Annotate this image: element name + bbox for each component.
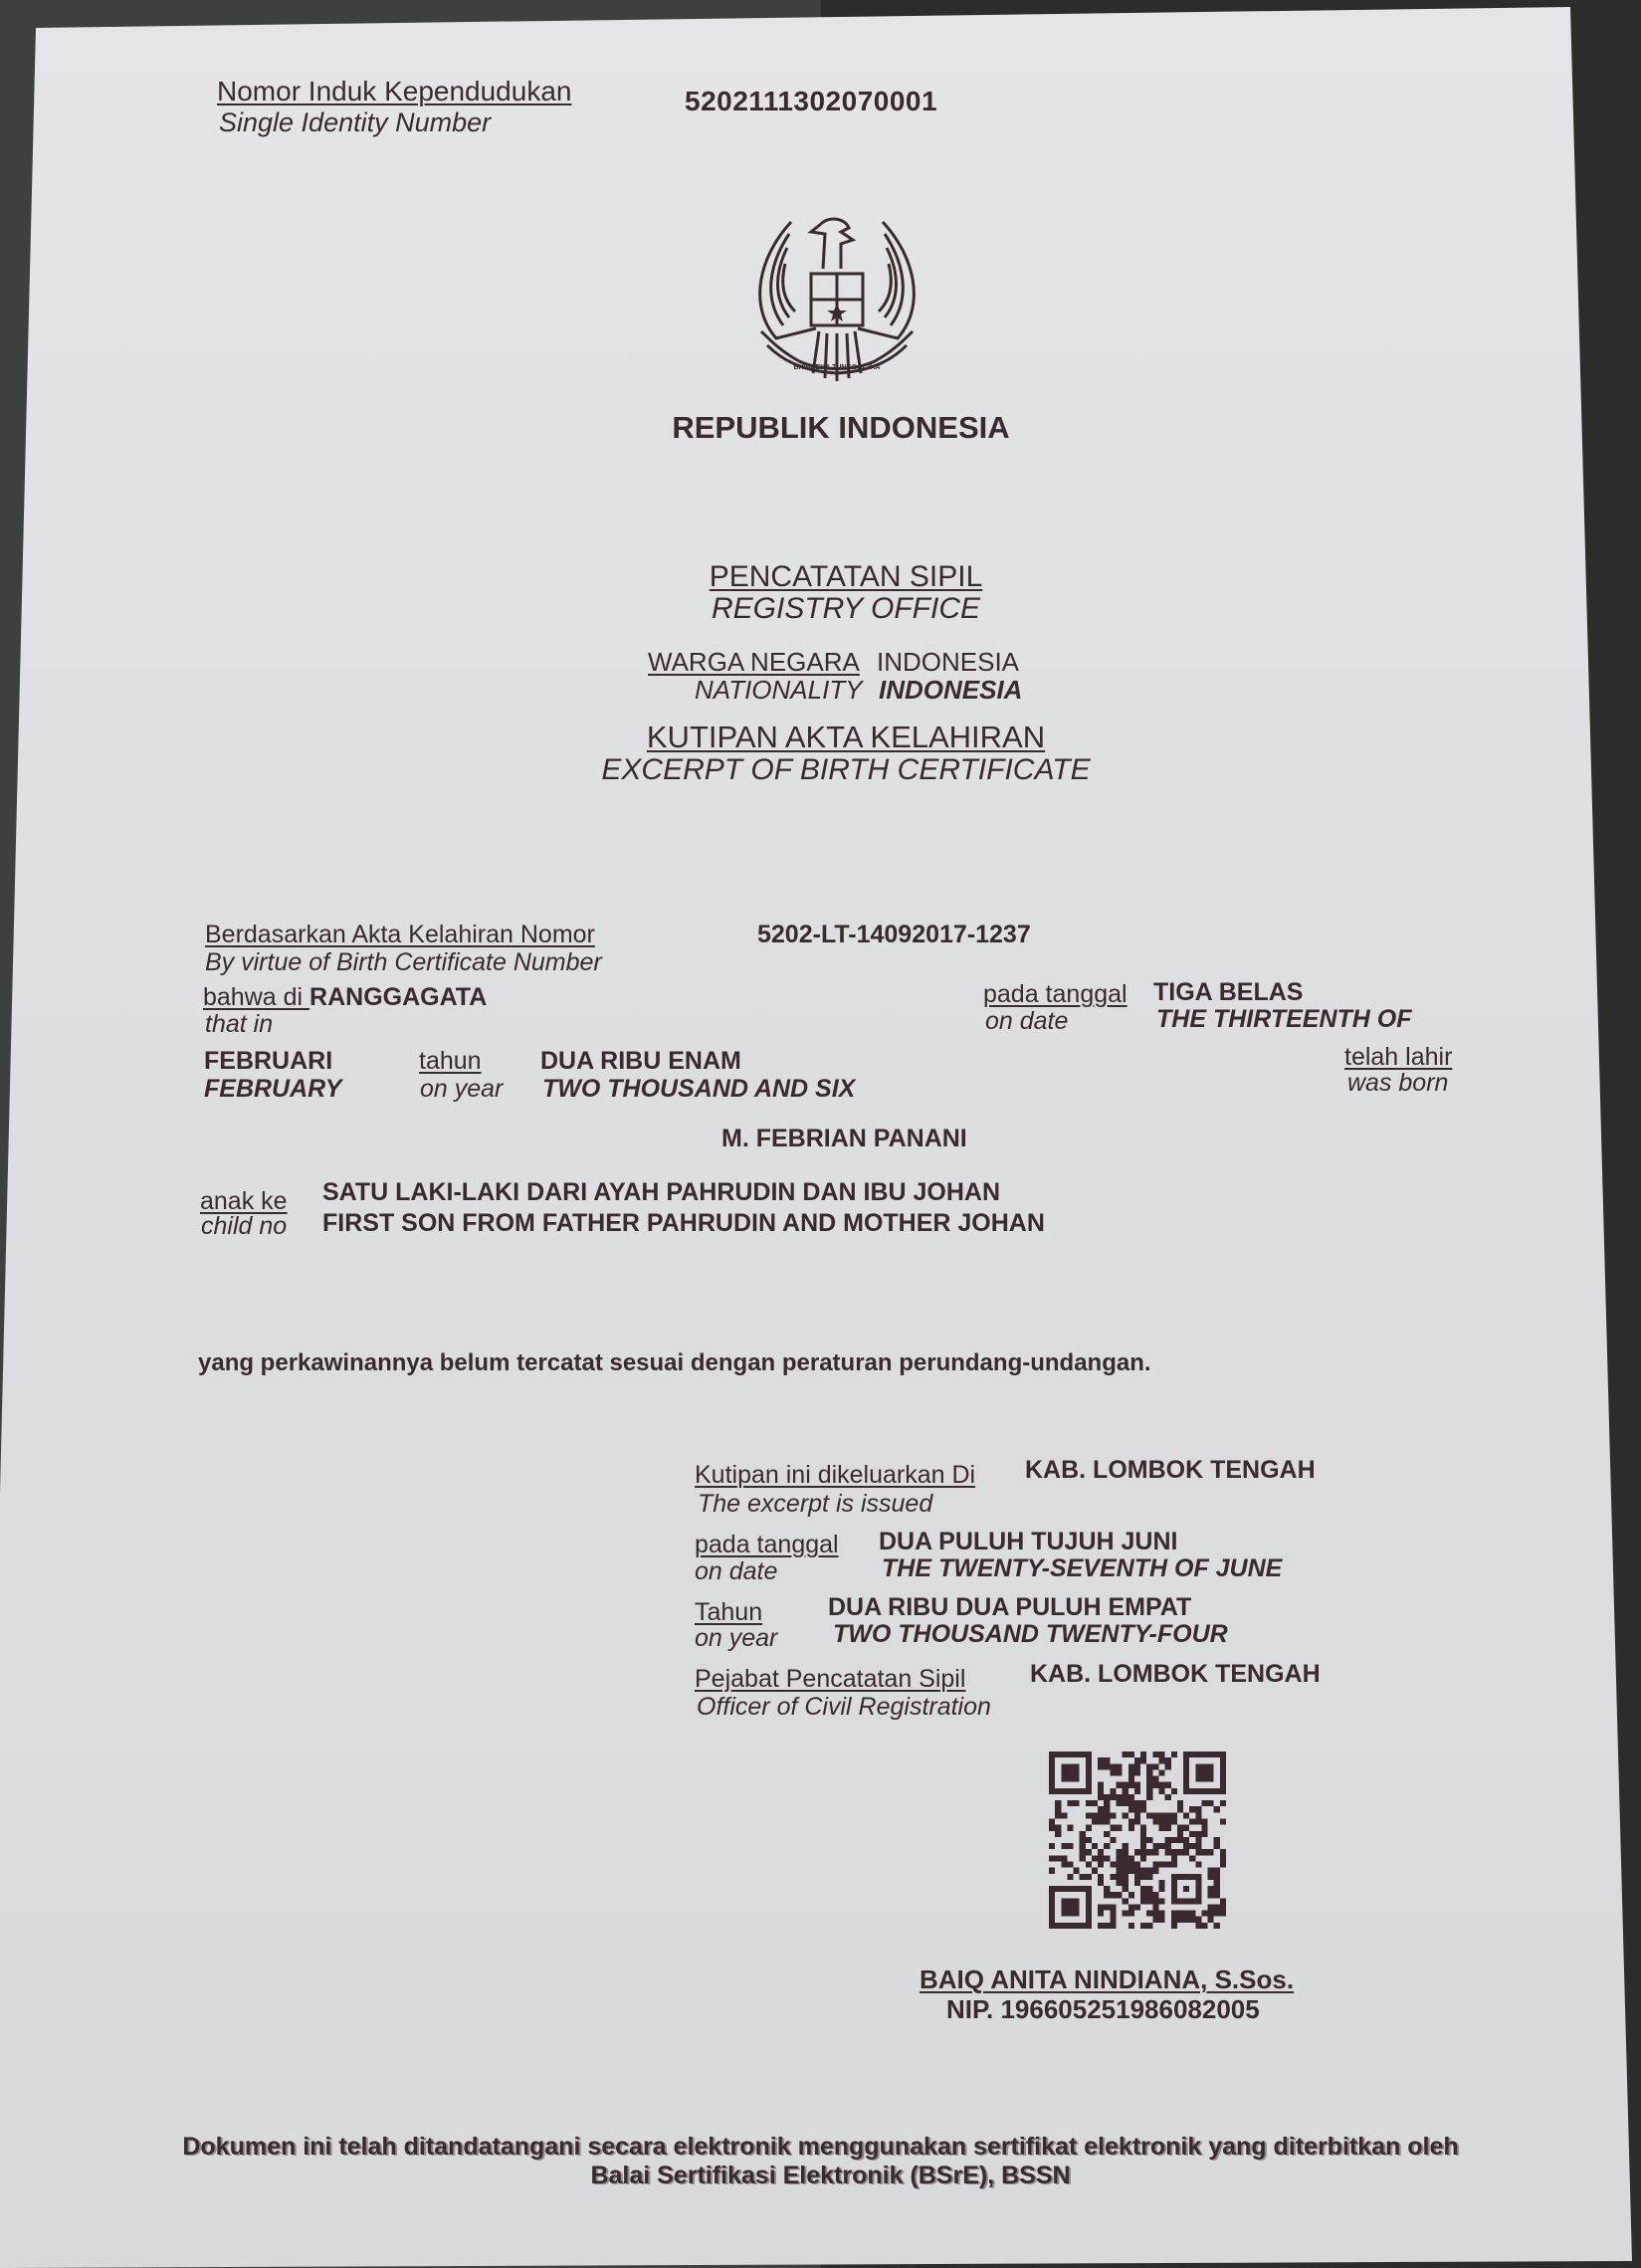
nik-value: 5202111302070001 [685,86,937,117]
cert-number-label-en: By virtue of Birth Certificate Number [205,948,602,977]
nationality-label: WARGA NEGARA [648,647,860,678]
qr-code-icon[interactable] [1049,1751,1226,1930]
issued-label-en: The excerpt is issued [698,1490,932,1519]
birth-day-en: THE THIRTEENTH OF [1156,1005,1411,1034]
office-title: PENCATATAN SIPIL [0,560,1641,594]
nationality-value-en: INDONESIA [879,675,1022,706]
place-value: RANGGAGATA [309,983,487,1011]
birth-date-label-en: on date [985,1007,1068,1036]
nationality-label-en: NATIONALITY [695,675,863,706]
issued-year: DUA RIBU DUA PULUH EMPAT [828,1593,1191,1622]
e-signature-notice: Dokumen ini telah ditandatangani secara … [0,2133,1641,2162]
issued-place: KAB. LOMBOK TENGAH [1025,1456,1316,1485]
cert-number-value: 5202-LT-14092017-1237 [757,921,1031,949]
nik-label: Nomor Induk Kependudukan [217,76,571,107]
document-title: KUTIPAN AKTA KELAHIRAN [0,720,1641,755]
issued-date-label: pada tanggal [695,1531,839,1559]
issued-year-en: TWO THOUSAND TWENTY-FOUR [833,1620,1228,1649]
birth-year: DUA RIBU ENAM [540,1047,741,1076]
child-name: M. FEBRIAN PANANI [721,1125,967,1153]
place-label: bahwa di [203,983,309,1011]
garuda-emblem-icon: BHINNEKA TUNGGAL IKA [741,214,932,398]
child-no-label-en: child no [201,1212,287,1241]
issued-year-label-en: on year [695,1624,777,1653]
signatory-nip: NIP. 196605251986082005 [946,1994,1260,2025]
office-title-en: REGISTRY OFFICE [0,592,1641,626]
officer-label: Pejabat Pencatatan Sipil [695,1665,965,1694]
birth-year-label-en: on year [420,1075,503,1104]
birth-place: bahwa di RANGGAGATA [203,983,487,1012]
issued-year-label: Tahun [695,1598,762,1627]
birth-month: FEBRUARI [204,1047,332,1076]
nationality-value: INDONESIA [877,647,1019,678]
document-title-en: EXCERPT OF BIRTH CERTIFICATE [0,753,1641,787]
birth-date-label: pada tanggal [983,980,1128,1009]
signatory-name: BAIQ ANITA NINDIANA, S.Sos. [920,1964,1294,1995]
issued-date-en: THE TWENTY-SEVENTH OF JUNE [882,1554,1282,1583]
certificate-paper: Nomor Induk Kependudukan Single Identity… [0,0,1641,2268]
document-title-text: KUTIPAN AKTA KELAHIRAN [647,720,1045,754]
nik-label-en: Single Identity Number [219,107,491,138]
officer-label-en: Officer of Civil Registration [697,1693,991,1722]
birth-month-en: FEBRUARY [204,1075,341,1104]
cert-number-label: Berdasarkan Akta Kelahiran Nomor [205,921,595,949]
birth-day: TIGA BELAS [1153,978,1303,1007]
emblem-motto: BHINNEKA TUNGGAL IKA [793,364,880,371]
marriage-note: yang perkawinannya belum tercatat sesuai… [198,1349,1151,1377]
place-label-en: that in [205,1010,273,1039]
issued-date: DUA PULUH TUJUH JUNI [879,1528,1177,1556]
birth-year-label: tahun [419,1047,482,1076]
born-label: telah lahir [1344,1043,1452,1072]
birth-year-en: TWO THOUSAND AND SIX [542,1075,855,1104]
office-title-text: PENCATATAN SIPIL [710,560,983,593]
issued-date-label-en: on date [695,1557,777,1586]
officer-place: KAB. LOMBOK TENGAH [1030,1660,1321,1689]
country-title: REPUBLIK INDONESIA [0,410,1641,446]
e-signature-issuer: Balai Sertifikasi Elektronik (BSrE), BSS… [0,2162,1641,2190]
child-description: SATU LAKI-LAKI DARI AYAH PAHRUDIN DAN IB… [322,1178,1000,1207]
issued-label: Kutipan ini dikeluarkan Di [695,1461,975,1490]
born-label-en: was born [1347,1069,1448,1098]
child-description-en: FIRST SON FROM FATHER PAHRUDIN AND MOTHE… [322,1209,1045,1238]
